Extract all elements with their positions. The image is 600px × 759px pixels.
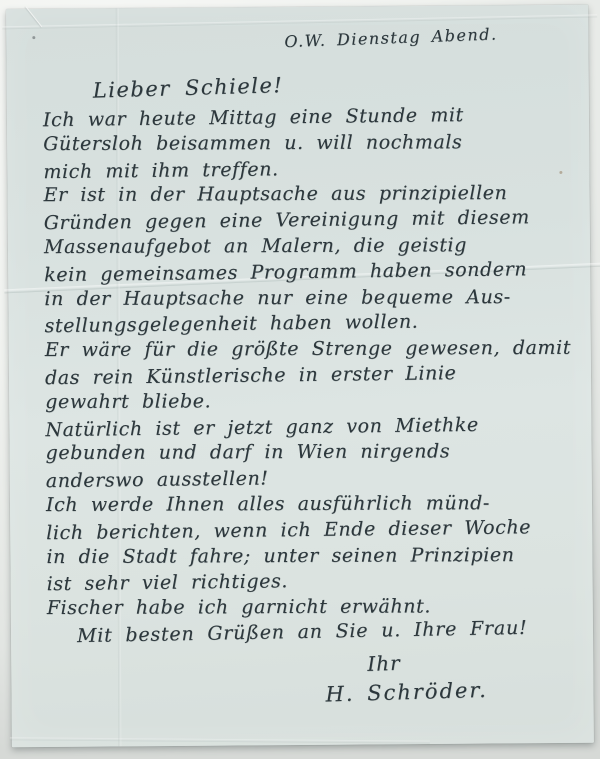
dateline: O.W. Dienstag Abend. xyxy=(284,24,498,51)
signature: H. Schröder. xyxy=(325,678,488,707)
letter-line: lich berichten, wenn ich Ende dieser Woc… xyxy=(46,514,586,546)
fold-crease-bottom xyxy=(10,737,430,743)
letter-line: gewahrt bliebe. xyxy=(45,387,585,415)
salutation: Lieber Schiele! xyxy=(92,73,283,102)
hairline-thread-left xyxy=(25,6,42,27)
letter-body: Ich war heute Mittag eine Stunde mit Güt… xyxy=(43,103,587,623)
fold-crease-top xyxy=(2,14,597,29)
letter-paper: O.W. Dienstag Abend. Lieber Schiele! Ich… xyxy=(6,5,594,748)
letter-line: kein gemeinsames Programm haben sondern xyxy=(44,256,584,288)
photo-backdrop: O.W. Dienstag Abend. Lieber Schiele! Ich… xyxy=(0,0,600,759)
letter-line: Gütersloh beisammen u. will nochmals xyxy=(43,130,583,158)
paper-speck xyxy=(32,36,35,39)
valediction: Ihr xyxy=(367,651,401,676)
